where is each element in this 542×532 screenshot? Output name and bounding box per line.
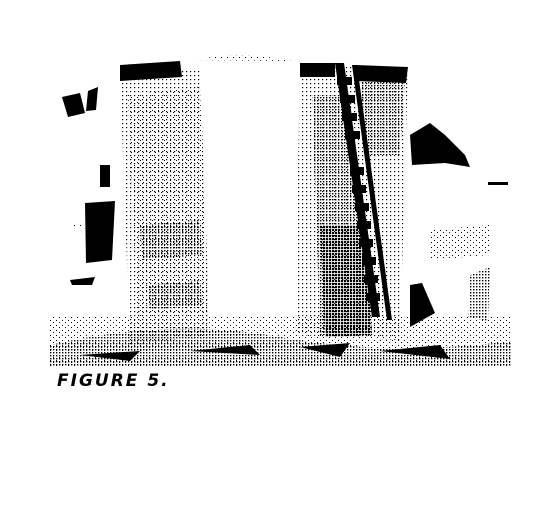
center-highlight xyxy=(190,56,300,63)
left-background-objects xyxy=(62,87,115,285)
ground-texture xyxy=(50,317,512,367)
figure-caption: FIGURE 5. xyxy=(57,371,170,391)
right-tank xyxy=(295,63,408,340)
figure-photograph xyxy=(50,55,512,367)
right-background-objects xyxy=(410,123,508,327)
left-tank xyxy=(120,61,210,345)
